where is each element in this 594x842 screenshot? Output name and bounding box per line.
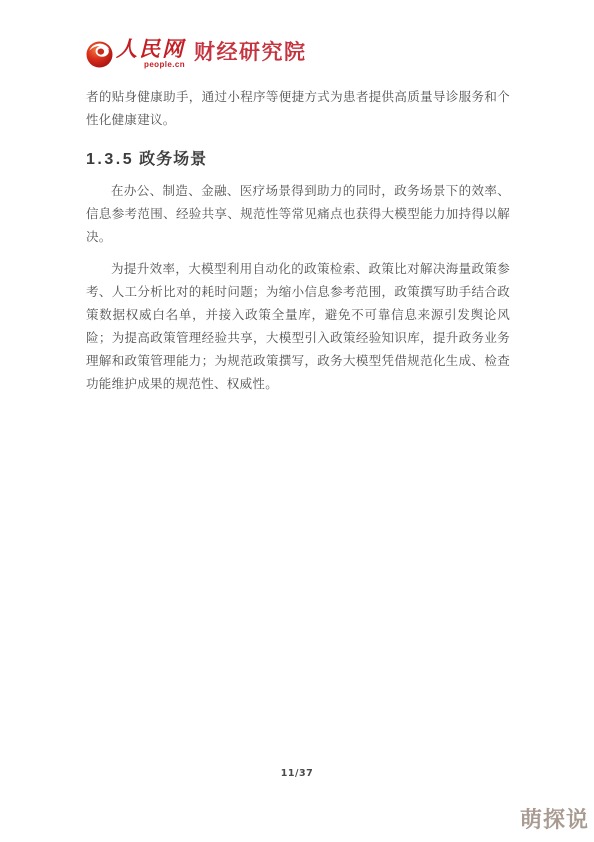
section-title: 政务场景 [139,151,207,168]
people-cn-globe-icon [86,41,113,68]
brand-logo: 人民网 people.cn 财经研究院 [86,39,307,69]
paragraph-continued: 者的贴身健康助手，通过小程序等便捷方式为患者提供高质量导诊服务和个性化健康建议。 [86,86,510,132]
document-content: 者的贴身健康助手，通过小程序等便捷方式为患者提供高质量导诊服务和个性化健康建议。… [86,86,510,396]
brand-name-script: 人民网 [116,39,185,60]
paragraph: 为提升效率，大模型利用自动化的政策检索、政策比对解决海量政策参考、人工分析比对的… [86,258,510,396]
brand-name-block: 人民网 people.cn [116,39,185,69]
page-number: 11/37 [0,768,594,779]
brand-institute-label: 财经研究院 [194,39,307,66]
document-page: 人民网 people.cn 财经研究院 者的贴身健康助手，通过小程序等便捷方式为… [0,0,594,842]
section-number: 1.3.5 [86,151,134,168]
brand-domain-label: people.cn [144,60,185,69]
watermark-badge: 萌探说 [520,803,589,834]
paragraph: 在办公、制造、金融、医疗场景得到助力的同时，政务场景下的效率、信息参考范围、经验… [86,180,510,249]
section-heading: 1.3.5政务场景 [86,146,510,169]
